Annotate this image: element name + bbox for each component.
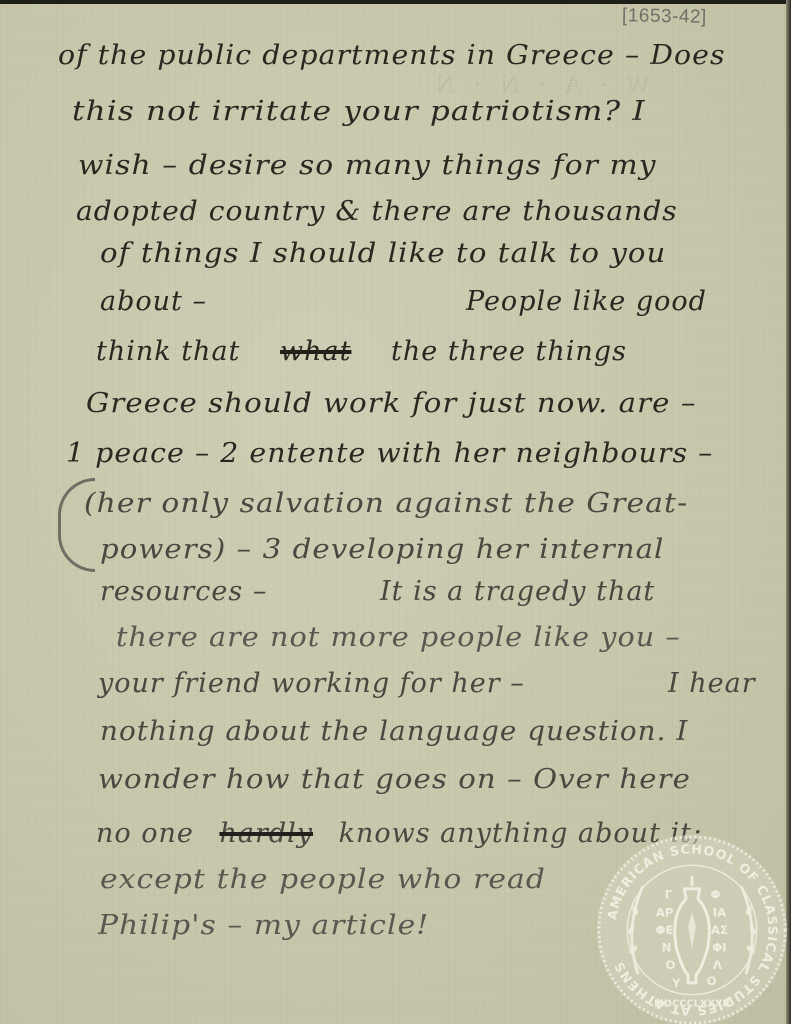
line-7-start: think that [96,336,240,367]
line-14-end: I hear [668,668,756,699]
line-17-start: no one [96,818,194,849]
scan-edge-top [0,0,791,4]
letter-line-11: powers) – 3 developing her internal [100,534,664,565]
line-14-start: your friend working for her – [98,668,525,699]
svg-text:ΦΙ: ΦΙ [712,941,726,955]
svg-text:ΦΕ: ΦΕ [656,923,674,937]
letter-line-13: there are not more people like you – [116,622,681,653]
svg-text:ΑΡ: ΑΡ [656,905,674,919]
letter-line-19: Philip's – my article! [98,910,429,941]
letter-line-3: wish – desire so many things for my [78,150,657,181]
letter-line-4: adopted country & there are thousands [76,196,678,227]
svg-text:MDCCCLXXXII: MDCCCLXXXII [654,998,730,1009]
line-7-end: the three things [391,336,627,367]
archive-reference: [1653-42] [622,5,707,28]
svg-text:Υ: Υ [671,976,681,990]
line-12-end: It is a tragedy that [380,576,655,607]
line-6-start: about – [100,286,207,317]
svg-text:Ο: Ο [665,958,675,972]
letter-line-14: your friend working for her – I hear [98,668,778,699]
letter-line-1: of the public departments in Greece – Do… [58,40,726,71]
seal-emblem-icon: AMERICAN SCHOOL OF CLASSICAL STUDIES AT … [594,832,790,1024]
line-12-start: resources – [100,576,267,607]
letter-line-2: this not irritate your patriotism? I [72,96,646,127]
letter-page: W · A · N · N [1653-42] of the public de… [0,0,791,1024]
line-6-end: People like good [466,286,707,317]
svg-text:Ο: Ο [707,974,717,988]
letter-line-8: Greece should work for just now. are – [86,388,697,419]
struck-word: what [280,336,351,367]
svg-text:ΙΑ: ΙΑ [713,905,727,919]
letter-line-18: except the people who read [100,864,546,895]
letter-line-6: about – People like good [100,286,780,317]
letter-line-10: (her only salvation against the Great- [84,488,688,519]
svg-text:ΑΣ: ΑΣ [711,923,728,937]
struck-word: hardly [219,818,313,849]
letter-line-15: nothing about the language question. I [100,716,688,747]
svg-text:Λ: Λ [713,958,723,972]
svg-text:Φ: Φ [711,888,721,902]
letter-line-16: wonder how that goes on – Over here [98,764,691,795]
svg-text:Γ: Γ [665,888,673,902]
letter-line-9: 1 peace – 2 entente with her neighbours … [66,438,713,469]
letter-line-5: of things I should like to talk to you [100,238,666,269]
svg-text:Ν: Ν [662,941,672,955]
letter-line-12: resources – It is a tragedy that [100,576,780,607]
letter-line-7: think that what the three things [96,336,627,367]
institution-seal: AMERICAN SCHOOL OF CLASSICAL STUDIES AT … [594,832,790,1024]
